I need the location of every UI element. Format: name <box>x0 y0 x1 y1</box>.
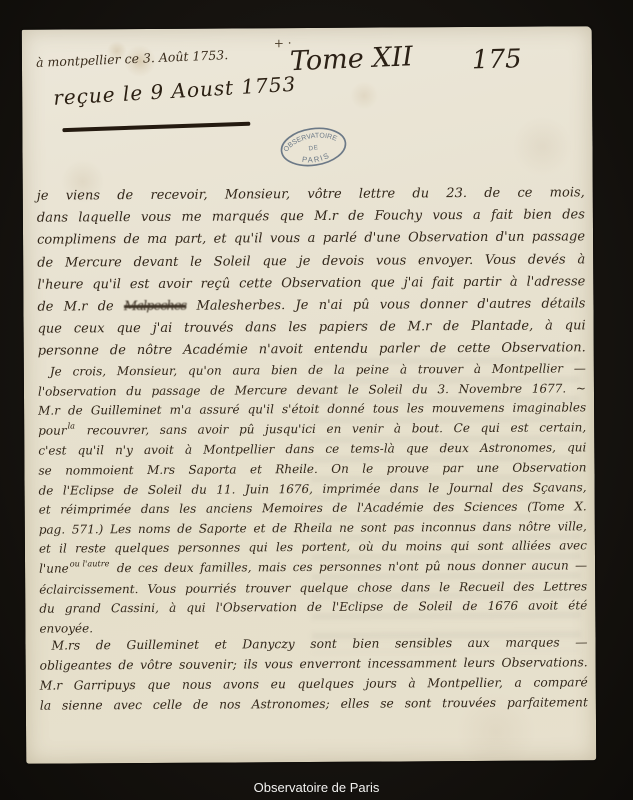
line-text: de l'Eclipse de Soleil du 11. Juin 1676,… <box>39 480 587 497</box>
line-text: recouvrer, sans avoir pû jusqu'ici en ve… <box>76 420 586 437</box>
line-text: éclaircissement. Vous pourriés trouver q… <box>39 579 587 596</box>
inserted-word: la <box>68 416 76 436</box>
paragraph: je viens de recevoir, Monsieur, vôtre le… <box>37 182 586 363</box>
line-text: l'une <box>39 561 69 575</box>
line-text: la sienne avec celle de nos Astronomes; … <box>40 695 588 712</box>
manuscript-line: du grand Cassini, à qui l'Observation de… <box>39 596 587 619</box>
line-text: l'heure qu'il est avoir reçû cette Obser… <box>37 274 585 292</box>
line-text: l'observation du passage de Mercure deva… <box>38 381 586 398</box>
manuscript-line: complimens de ma part, et qu'il vous a p… <box>37 227 585 253</box>
line-text: pag. 571.) Les noms de Saporte et de Rhe… <box>39 519 587 536</box>
line-text: dans laquelle vous me marqués que M.r de… <box>37 208 585 226</box>
manuscript-line: se nommoient M.rs Saporta et Rheile. On … <box>38 458 586 481</box>
line-text: que ceux que j'ai trouvés dans les papie… <box>38 319 586 337</box>
line-text: et réimprimée dans les anciens Memoires … <box>39 499 587 516</box>
paragraph: M.rs de Guilleminet et Danyczy sont bien… <box>39 632 587 715</box>
paragraph: Je crois, Monsieur, qu'on aura bien de l… <box>38 359 588 639</box>
manuscript-line: l'uneou l'autre de ces deux familles, ma… <box>39 556 587 580</box>
line-text: Malesherbes. Je n'ai pû vous donner d'au… <box>186 296 585 313</box>
line-text: c'est qu'il n'y avoit à Montpellier dans… <box>38 441 586 458</box>
line-text: se nommoient M.rs Saporta et Rheile. On … <box>38 460 586 477</box>
line-text: de ces deux familles, mais ces personnes… <box>110 558 587 575</box>
line-text: pour <box>38 423 66 437</box>
photo-of-letter: à montpellier ce 3. Août 1753. reçue le … <box>0 0 633 800</box>
line-text: M.r de Guilleminet m'a assuré qu'il s'ét… <box>38 400 586 417</box>
manuscript-line: la sienne avec celle de nos Astronomes; … <box>40 692 588 715</box>
letter-page: à montpellier ce 3. Août 1753. reçue le … <box>22 26 596 763</box>
image-caption: Observatoire de Paris <box>0 780 633 795</box>
manuscript-line: de Mercure devant le Soleil que je devoi… <box>37 249 585 275</box>
line-text: complimens de ma part, et qu'il vous a p… <box>37 230 585 248</box>
line-text: de M.r de <box>37 299 124 315</box>
line-text: Je crois, Monsieur, qu'on aura bien de l… <box>50 361 586 378</box>
line-text: M.r Garripuys que nous avons eu quelques… <box>40 675 588 692</box>
line-text: envoyée. <box>39 621 93 635</box>
line-text: obligeantes de vôtre souvenir; ils vous … <box>40 655 588 672</box>
line-text: et il reste quelques personnes qui les p… <box>39 539 587 556</box>
line-text: personne de nôtre Académie n'avoit enten… <box>38 341 586 359</box>
line-text: je viens de recevoir, Monsieur, vôtre le… <box>37 185 585 203</box>
line-text: du grand Cassini, à qui l'Observation de… <box>39 598 587 615</box>
line-text: M.rs de Guilleminet et Danyczy sont bien… <box>51 635 587 652</box>
inserted-word: ou l'autre <box>70 554 110 574</box>
struck-word: Malpeches <box>124 299 186 314</box>
letter-body: je viens de recevoir, Monsieur, vôtre le… <box>22 26 596 763</box>
line-text: de Mercure devant le Soleil que je devoi… <box>37 252 585 270</box>
